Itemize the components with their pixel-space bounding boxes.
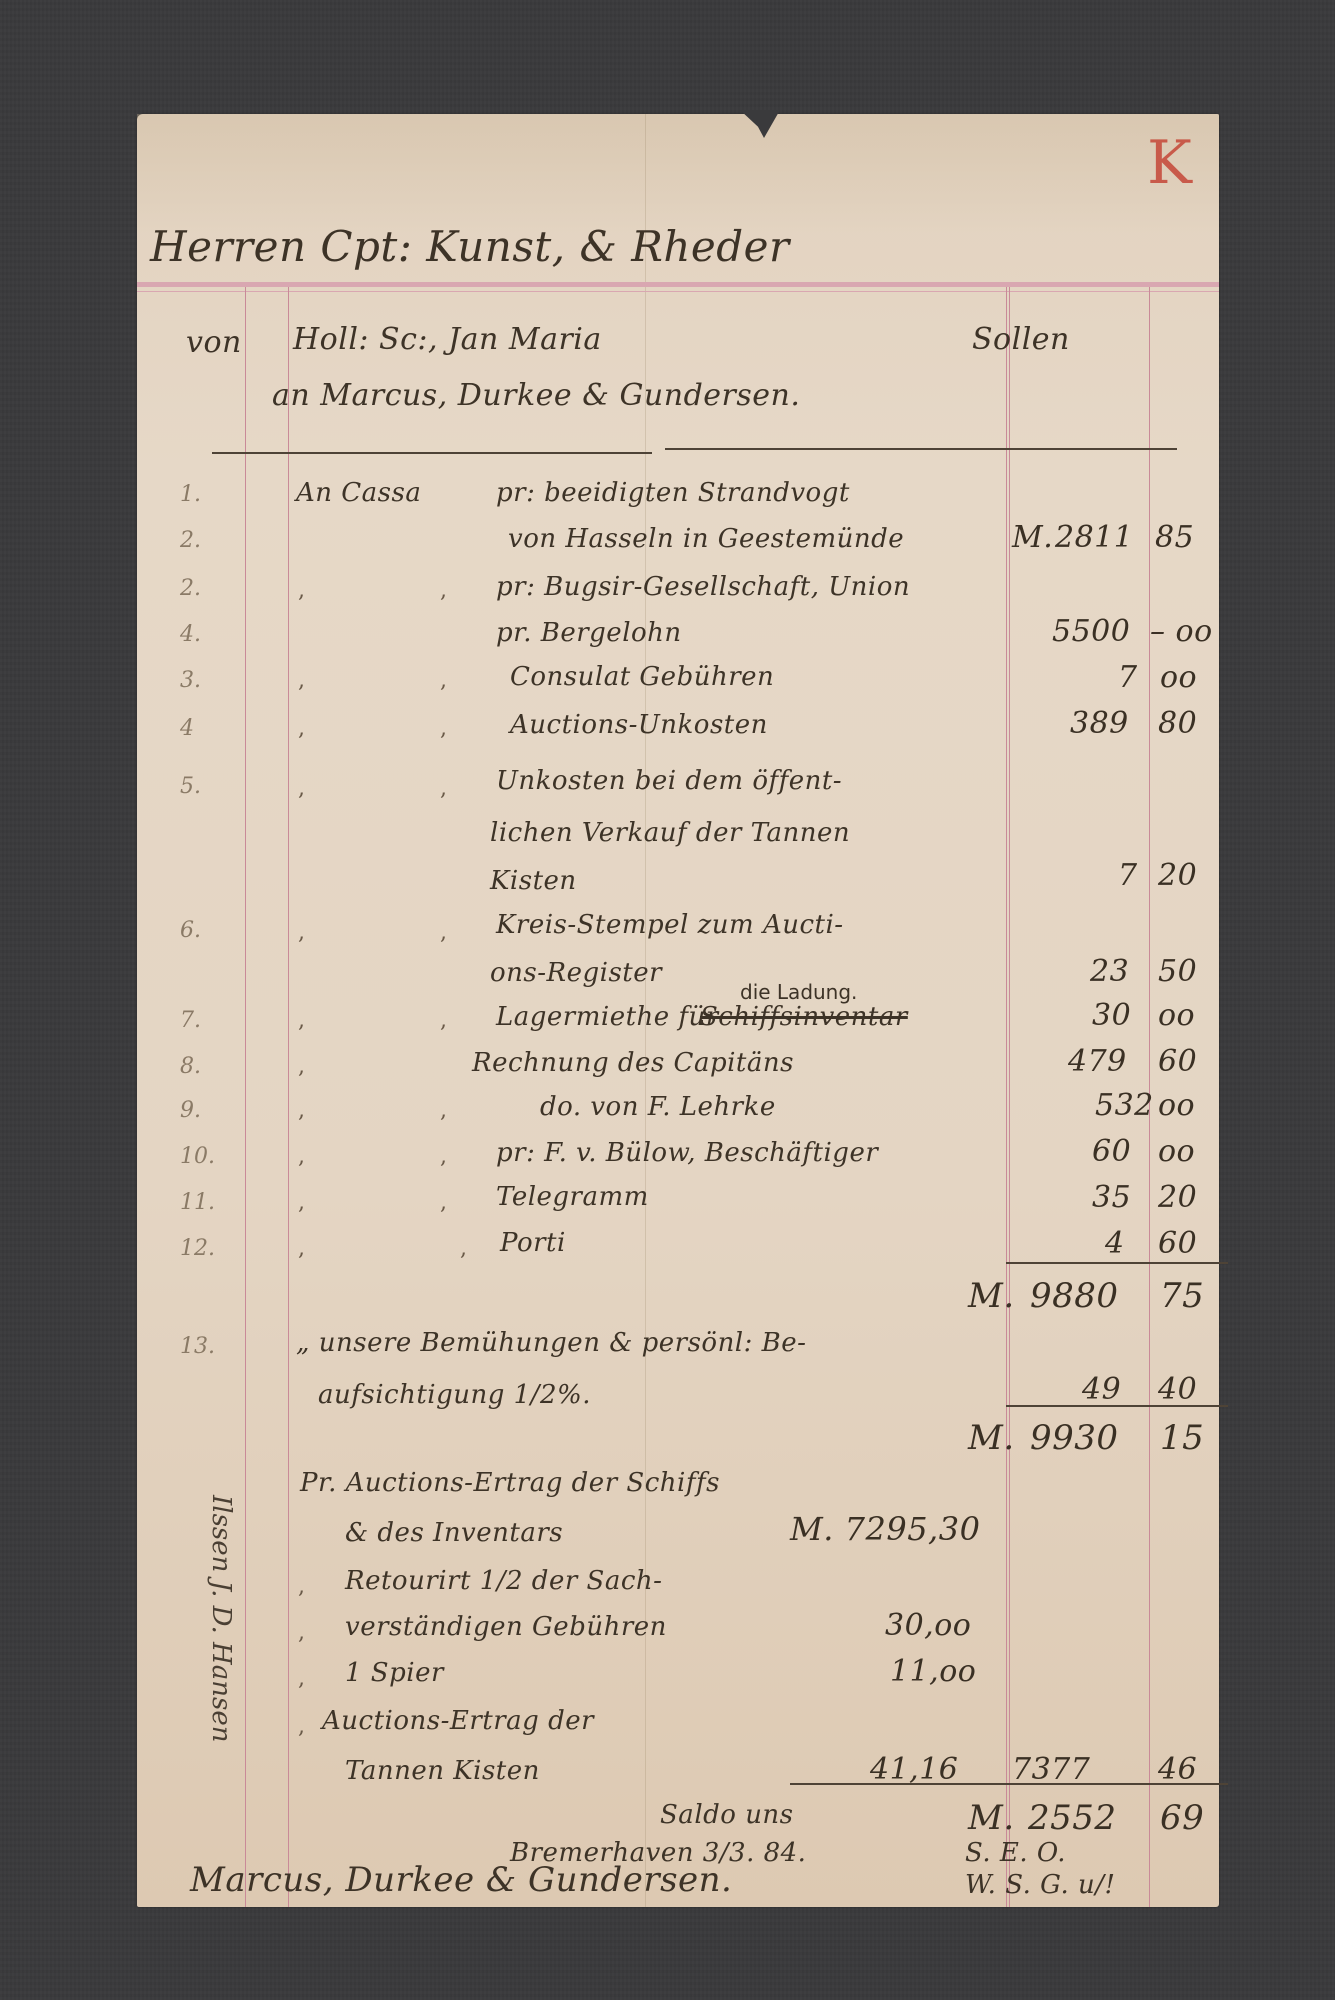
balance-amount: 2552 [1028,1798,1117,1838]
entry-amount: 60 [1092,1134,1131,1169]
ditto-mark: , [460,1236,467,1261]
header-underline-left [212,452,652,454]
header-prefix: von [186,325,242,360]
seo-mark-line2: W. S. G. u/! [965,1870,1115,1900]
ditto-mark: , [298,1666,305,1691]
entry-pfennig: oo [1158,1088,1195,1123]
margin-annotation: Ilssen J. D. Hansen [206,1495,236,1742]
ditto-mark: , [440,920,447,945]
line-number: 9. [180,1098,201,1123]
ditto-mark: , [298,1054,305,1079]
entry-text: Consulat Gebühren [510,662,774,692]
column-label-sollen: Sollen [972,322,1070,357]
entry-amount: 35 [1092,1180,1131,1215]
line-number: 11. [180,1190,215,1215]
line-number: 5. [180,774,201,799]
balance-label: Saldo uns [660,1800,794,1830]
ditto-mark: , [298,578,305,603]
entry-amount: 7 [1118,660,1138,695]
ditto-mark: , [440,1008,447,1033]
line-number: 6. [180,918,201,943]
subtotal-pfennig: 75 [1160,1276,1204,1316]
subtotal-amount: 9880 [1030,1276,1119,1316]
entry-text: do. von F. Lehrke [540,1092,776,1122]
entry-amount: 49 [1082,1372,1121,1407]
ditto-mark: , [298,1574,305,1599]
credit-text: Tannen Kisten [345,1756,540,1786]
entry-pfennig: oo [1160,660,1197,695]
line-number: 10. [180,1144,215,1169]
currency-mark: M. [968,1276,1015,1316]
entry-pfennig: 85 [1155,520,1194,555]
entry-text: Auctions-Unkosten [510,710,768,740]
entry-amount: 23 [1090,954,1129,989]
entry-pfennig: – oo [1150,614,1213,649]
entry-text: pr: F. v. Bülow, Beschäftiger [496,1138,878,1168]
line-number: 8. [180,1054,201,1079]
ditto-mark: , [298,668,305,693]
entry-text: Telegramm [496,1182,649,1212]
entry-amount: 4 [1105,1226,1125,1261]
ditto-mark: , [440,716,447,741]
entry-text: pr. Bergelohn [496,618,682,648]
header-underline-right [665,448,1177,450]
subtotal-rule [1006,1405,1228,1407]
entry-amount: 5500 [1052,614,1130,649]
line-number: 2. [180,528,201,553]
entry-pfennig: 60 [1158,1044,1197,1079]
ditto-mark: , [440,668,447,693]
corner-letter-mark: K [1147,128,1186,198]
ditto-mark: , [440,1144,447,1169]
header-vessel: Holl: Sc:, Jan Maria [293,322,602,357]
column-rule-mark-left [1006,287,1007,1907]
credit-total-rule [790,1783,1228,1785]
ditto-mark: , [298,1098,305,1123]
credit-value: 30,oo [885,1608,971,1643]
line-number: 4 [180,716,194,741]
credit-total-amount: 7377 [1012,1752,1090,1787]
ditto-mark: , [298,1190,305,1215]
subtotal-rule [1006,1262,1228,1264]
entry-pfennig: 60 [1158,1226,1197,1261]
currency-mark: M. [968,1418,1015,1458]
subtotal-amount: 9930 [1030,1418,1119,1458]
entry-text: von Hasseln in Geestemünde [508,524,904,554]
entry-text: Kreis-Stempel zum Aucti- [496,910,844,940]
ditto-mark: , [298,716,305,741]
credit-value: M. 7295,30 [790,1510,980,1548]
entry-amount: 532 [1095,1088,1154,1123]
ditto-mark: , [440,1098,447,1123]
ditto-mark: , [440,1190,447,1215]
subtotal-pfennig: 15 [1160,1418,1204,1458]
entry-text: Rechnung des Capitäns [472,1048,794,1078]
struck-text: Schiffsinventar [700,1002,908,1032]
line-number: 3. [180,668,201,693]
entry-pfennig: oo [1158,1134,1195,1169]
entry-text: pr: beeidigten Strandvogt [496,478,850,508]
entry-pfennig: 40 [1158,1372,1197,1407]
column-rule-number [245,287,246,1907]
ditto-mark: , [298,1620,305,1645]
entry-amount: 2811 [1055,520,1133,555]
currency-mark: M. [1012,520,1053,555]
seo-mark-line1: S. E. O. [965,1838,1066,1868]
credit-text: & des Inventars [345,1518,563,1548]
entry-pfennig: 20 [1158,858,1197,893]
credit-text: 1 Spier [345,1658,444,1688]
entry-text: Kisten [490,866,577,896]
column-rule-mark-right [1009,287,1010,1907]
ditto-mark: , [298,1008,305,1033]
ditto-mark: , [298,920,305,945]
entry-text: Lagermiethe für [496,1002,719,1032]
currency-mark: M. [968,1798,1015,1838]
ditto-mark: , [298,776,305,801]
header-firm: an Marcus, Durkee & Gundersen. [272,378,800,413]
entry-pfennig: 80 [1158,706,1197,741]
line-number: 2. [180,576,201,601]
credit-text: Pr. Auctions-Ertrag der Schiffs [300,1468,720,1498]
balance-pfennig: 69 [1160,1798,1204,1838]
entry-pfennig: oo [1158,998,1195,1033]
line-number: 4. [180,622,201,647]
credit-value: 11,oo [890,1654,976,1689]
credit-total-pfennig: 46 [1158,1752,1197,1787]
entry-text: pr: Bugsir-Gesellschaft, Union [496,572,910,602]
signature: Marcus, Durkee & Gundersen. [190,1860,732,1900]
entry-pfennig: 20 [1158,1180,1197,1215]
entry-text: aufsichtigung 1/2%. [318,1380,591,1410]
entry-amount: 389 [1070,706,1129,741]
entry-text: Porti [500,1228,566,1258]
ditto-mark: , [440,776,447,801]
ditto-mark: , [440,578,447,603]
ditto-mark: , [298,1714,305,1739]
credit-text: verständigen Gebühren [345,1612,667,1642]
header-rule-thin [137,291,1219,292]
addressee: Herren Cpt: Kunst, & Rheder [150,222,790,271]
credit-value: 41,16 [870,1752,958,1787]
entry-pfennig: 50 [1158,954,1197,989]
entry-text: „ unsere Bemühungen & persönl: Be- [296,1328,806,1358]
entry-amount: 7 [1118,858,1138,893]
line-number: 13. [180,1334,215,1359]
entry-text: Unkosten bei dem öffent- [496,766,842,796]
line-number: 12. [180,1236,215,1261]
inserted-text: die Ladung. [740,980,857,1004]
entry-account: An Cassa [296,478,421,508]
entry-text: ons-Register [490,958,662,988]
ditto-mark: , [298,1144,305,1169]
line-number: 7. [180,1008,201,1033]
line-number: 1. [180,482,201,507]
header-rule-thick [137,282,1219,287]
entry-amount: 30 [1092,998,1131,1033]
credit-text: Auctions-Ertrag der [322,1706,594,1736]
credit-text: Retourirt 1/2 der Sach- [345,1566,662,1596]
entry-amount: 479 [1068,1044,1127,1079]
entry-text: lichen Verkauf der Tannen [490,818,850,848]
column-rule-account [288,287,289,1907]
ditto-mark: , [298,1236,305,1261]
